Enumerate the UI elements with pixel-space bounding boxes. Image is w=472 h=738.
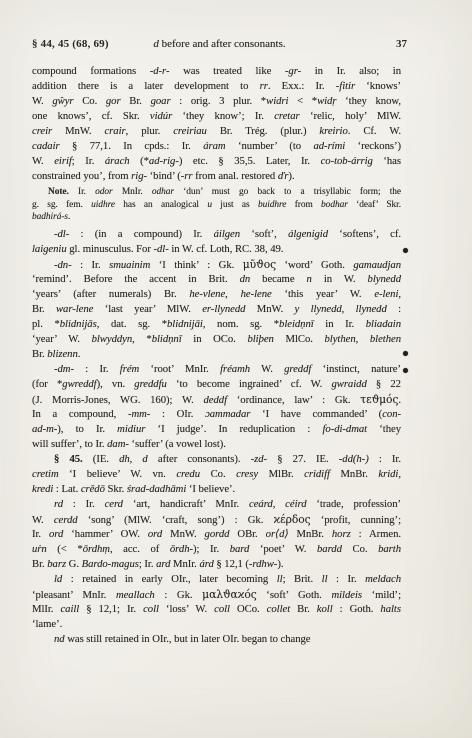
para-45: § 45. (IE. dh, d after consonants). -zd-… xyxy=(32,452,401,497)
text-run: G. xyxy=(66,558,82,570)
text-run: Skr. xyxy=(105,483,127,495)
text-run: after consonants). xyxy=(148,453,251,465)
text-run: : orig. 3 plur. * xyxy=(171,95,267,107)
text-run: śrad-dadhāmi xyxy=(127,483,186,495)
text-run: § 12,1; Ir. xyxy=(79,603,143,615)
text-run: Ir. xyxy=(69,187,95,197)
text-run: ‘deaf’ Skr. xyxy=(348,200,401,210)
text-run: Note. xyxy=(48,187,69,197)
text-line: § 45. (IE. dh, d after consonants). -zd-… xyxy=(32,452,401,467)
text-run: ; Ir. xyxy=(139,558,156,570)
text-run: ‘I have commanded’ ( xyxy=(250,408,382,420)
text-run: er-llynedd xyxy=(202,303,245,315)
text-run: goar xyxy=(151,95,171,107)
text-run: . xyxy=(398,394,401,406)
text-run: ard xyxy=(156,558,170,570)
text-run: from anal. restored xyxy=(193,170,278,182)
text-line: ‘pleasant’ MnIr. meallach : Gk. μαλϑαϰός… xyxy=(32,587,401,602)
text-run: odor xyxy=(95,187,113,197)
text-line: W. gŵyr Co. gor Br. goar : orig. 3 plur.… xyxy=(32,94,401,109)
text-run: MnBr. xyxy=(289,528,332,540)
text-line: ad-m-), to Ir. midiur ‘I judge’. In redu… xyxy=(32,422,401,437)
text-run: ‘year’ W. xyxy=(32,333,92,345)
text-run: , acc. of xyxy=(110,543,170,555)
text-line: one knows’, cf. Skr. vidúr ‘they know’; … xyxy=(32,109,401,124)
text-run: ; Ir. xyxy=(72,155,105,167)
text-line: Ir. ord ‘hammer’ OW. ord MnW. gordd OBr.… xyxy=(32,527,401,542)
text-run: blizenn xyxy=(47,348,78,360)
text-run: ; Brit. xyxy=(283,573,322,585)
text-run: W. xyxy=(32,514,54,526)
text-run: in OCo. xyxy=(182,333,248,345)
text-run: < * xyxy=(288,95,317,107)
text-run: -dl- xyxy=(54,228,69,240)
text-run: was still retained in OIr., but in later… xyxy=(65,633,311,645)
text-run: crēdō xyxy=(81,483,105,495)
text-run: addition there is a later development to xyxy=(32,80,260,92)
text-run: ‘knows’ xyxy=(355,80,401,92)
text-run: was treated like xyxy=(169,65,284,77)
text-run: OBr. xyxy=(229,528,265,540)
text-run: (IE. xyxy=(83,453,119,465)
text-line: g. sg. fem. uidhre has an analogical u j… xyxy=(32,199,401,212)
text-run: ld xyxy=(54,573,62,585)
text-run: : Gk. xyxy=(155,589,202,601)
text-run: in W. cf. Loth, RC. 38, 49. xyxy=(169,243,284,255)
text-run: MlIr. xyxy=(32,603,60,615)
text-run: Br. Trég. (plur.) xyxy=(207,125,320,137)
text-run: § 12,1 ( xyxy=(214,558,249,570)
text-run: ‘dun’ must go back to a trisyllabic form… xyxy=(174,187,401,197)
text-run: Br. xyxy=(290,603,317,615)
margin-dot xyxy=(403,248,408,253)
text-run: bliadain xyxy=(366,318,401,330)
text-run: MlBr. xyxy=(258,468,304,480)
text-run: ‘loss’ W. xyxy=(159,603,214,615)
text-run: in Ir. also; in xyxy=(301,65,401,77)
text-run: y llynedd, llynedd xyxy=(295,303,387,315)
text-line: Note. Ir. odor MnIr. odhar ‘dun’ must go… xyxy=(32,186,401,199)
text-run: ōrdhṃ xyxy=(83,543,110,555)
text-run: ord xyxy=(49,528,63,540)
text-run: fo-di-dmat xyxy=(322,423,367,435)
text-run: -dd(h-) xyxy=(339,453,369,465)
text-run: kridi xyxy=(378,468,398,480)
text-run: áilgen xyxy=(214,228,240,240)
text-run: bodhar xyxy=(321,200,348,210)
text-run: kredi xyxy=(32,483,53,495)
text-run: ‘ordinance, law’ : Gk. xyxy=(227,394,360,406)
text-run: : Ir. xyxy=(72,259,110,271)
text-run: ‘mild’; xyxy=(362,589,401,601)
text-run: álgenigid xyxy=(288,228,328,240)
text-line: W. cerdd ‘song’ (MlW. ‘craft, song’) : G… xyxy=(32,512,401,527)
text-run: -gr- xyxy=(285,65,301,77)
text-line: kredi : Lat. crēdō Skr. śrad-dadhāmi ‘I … xyxy=(32,482,401,497)
text-run: MnIr. xyxy=(113,187,152,197)
text-run: -mm- xyxy=(128,408,150,420)
text-run: , * xyxy=(132,333,152,345)
text-run: ‘art, handicraft’ MnIr. xyxy=(123,498,249,510)
text-run: cerdd xyxy=(54,514,78,526)
para-rd: rd : Ir. cerd ‘art, handicraft’ MnIr. ce… xyxy=(32,497,401,572)
text-run: credu xyxy=(176,468,200,480)
text-run: crair xyxy=(104,125,125,137)
text-run: μῦϑος xyxy=(243,258,276,271)
text-run: meallach xyxy=(116,589,155,601)
text-run: war-lene xyxy=(56,303,93,315)
margin-dot xyxy=(403,368,408,373)
text-run: ‘trade, profession’ xyxy=(307,498,402,510)
text-run: ) etc. § 35,5. Later, Ir. xyxy=(179,155,321,167)
text-run: coll xyxy=(143,603,159,615)
text-line: creir MnW. crair, plur. creiriau Br. Tré… xyxy=(32,124,401,139)
text-run: dn xyxy=(240,273,251,285)
text-run: ‘this year’ W. xyxy=(272,288,375,300)
text-run: W. xyxy=(32,155,54,167)
text-run: cretar xyxy=(274,110,299,122)
text-run: bliþen xyxy=(247,333,273,345)
text-run: In a compound, xyxy=(32,408,128,420)
text-run: gor xyxy=(106,95,121,107)
text-run: : (in a compound) Ir. xyxy=(69,228,213,240)
text-run: ‘bind’ ( xyxy=(147,170,181,182)
text-run: : Armen. xyxy=(351,528,401,540)
text-run: kreirio xyxy=(319,125,347,137)
para-nd: nd was still retained in OIr., but in la… xyxy=(32,632,401,647)
text-run: ‘pleasant’ MnIr. xyxy=(32,589,116,601)
text-run: ); Ir. xyxy=(193,543,230,555)
text-run: vidúr xyxy=(150,110,172,122)
text-run: áram xyxy=(203,140,225,152)
text-run: rig- xyxy=(131,170,147,182)
text-run: ‘I believe’. xyxy=(186,483,235,495)
text-run: : Lat. xyxy=(53,483,81,495)
text-line: compound formations -d-r- was treated li… xyxy=(32,64,401,79)
text-run: ‘number’ (to xyxy=(226,140,314,152)
text-line: pl. *blidnijās, dat. sg. *blidnijāi, nom… xyxy=(32,317,401,332)
text-run: (for * xyxy=(32,378,62,390)
text-run: creiriau xyxy=(173,125,207,137)
text-run: ‘soft’, xyxy=(240,228,288,240)
text-run: MnIr. xyxy=(170,558,199,570)
text-run: greddf xyxy=(284,363,311,375)
text-run: blynedd xyxy=(368,273,401,285)
text-run: (* xyxy=(130,155,149,167)
text-run: gwraidd xyxy=(331,378,366,390)
text-run: ‘hammer’ OW. xyxy=(63,528,148,540)
text-run: dh, d xyxy=(119,453,148,465)
text-line: ‘year’ W. blwyddyn, *blidṇnī in OCo. bli… xyxy=(32,332,401,347)
text-body: compound formations -d-r- was treated li… xyxy=(32,64,401,647)
text-run: ‘instinct, nature’ xyxy=(311,363,401,375)
text-run: cadair xyxy=(32,140,60,152)
text-run: ‘they know’; Ir. xyxy=(172,110,274,122)
text-line: will suffer’, to Ir. dam- ‘suffer’ (a vo… xyxy=(32,437,401,452)
text-line: ld : retained in early OIr., later becom… xyxy=(32,572,401,587)
text-run: caill xyxy=(60,603,79,615)
text-run: cridiff xyxy=(304,468,330,480)
text-run: : Ir. xyxy=(369,453,401,465)
text-run: cerd xyxy=(105,498,123,510)
para-dr-compound: compound formations -d-r- was treated li… xyxy=(32,64,401,184)
text-run: constrained you’, from xyxy=(32,170,131,182)
text-run: -fitir xyxy=(336,80,355,92)
text-run: gordd xyxy=(205,528,230,540)
text-run: coll xyxy=(214,603,230,615)
text-run: pl. * xyxy=(32,318,60,330)
text-run: cretim xyxy=(32,468,59,480)
text-run: -d-r- xyxy=(150,65,170,77)
text-run: smuainim xyxy=(109,259,150,271)
text-run: horz xyxy=(332,528,351,540)
text-run: ad-rig- xyxy=(149,155,179,167)
text-run: Ir. xyxy=(32,528,49,540)
text-run: ‘to become ingrained’ cf. W. xyxy=(167,378,332,390)
text-run: uidhre xyxy=(91,200,115,210)
text-line: Br. blizenn. xyxy=(32,347,401,362)
text-run: g. sg. fem. xyxy=(32,200,91,210)
text-line: cadair § 77,1. In cpds.: Ir. áram ‘numbe… xyxy=(32,139,401,154)
text-run: bleidṇnī xyxy=(279,318,314,330)
text-line: laigeniu gl. minusculus. For -dl- in W. … xyxy=(32,242,401,257)
text-run: rd xyxy=(54,498,63,510)
text-run: greddfu xyxy=(134,378,167,390)
text-run: or⟨d⟩ xyxy=(266,528,289,540)
text-run: : retained in early OIr., later becoming xyxy=(62,573,277,585)
text-run: , plur. xyxy=(126,125,174,137)
text-run: Co. xyxy=(200,468,236,480)
scanned-book-page: § 44, 45 (68, 69) d before and after con… xyxy=(0,0,472,738)
text-run: meldach xyxy=(365,573,401,585)
text-run: ord xyxy=(148,528,162,540)
text-run: ‘I judge’. In reduplication : xyxy=(145,423,322,435)
text-run: -zd- xyxy=(251,453,267,465)
text-run: blidnijāi xyxy=(167,318,203,330)
text-run: . xyxy=(68,212,70,222)
text-run: ), to Ir. xyxy=(57,423,117,435)
text-run: MnW. xyxy=(52,125,104,137)
text-run: -dn- xyxy=(54,259,72,271)
text-run: OCo. xyxy=(230,603,267,615)
text-line: MlIr. caill § 12,1; Ir. coll ‘loss’ W. c… xyxy=(32,602,401,617)
text-run: laigeniu xyxy=(32,243,67,255)
text-run: ōrdh- xyxy=(170,543,193,555)
text-run: ‘reckons’) xyxy=(345,140,401,152)
text-line: cretim ‘I believe’ W. vn. credu Co. cres… xyxy=(32,467,401,482)
text-run: : xyxy=(387,303,401,315)
text-run: ‘song’ (MlW. ‘craft, song’) : Gk. xyxy=(78,514,274,526)
text-run: bard xyxy=(230,543,250,555)
text-run: ). xyxy=(277,558,283,570)
text-run: ‘has xyxy=(373,155,401,167)
text-run: . Exx.: Ir. xyxy=(268,80,336,92)
para-dn: -dn- : Ir. smuainim ‘I think’ : Gk. μῦϑο… xyxy=(32,257,401,362)
text-run: blidnijās xyxy=(60,318,97,330)
text-run: koll xyxy=(317,603,333,615)
text-line: In a compound, -mm- : OIr. ɔammadar ‘I h… xyxy=(32,407,401,422)
text-run: ‘root’ MnIr. xyxy=(139,363,220,375)
text-run: Br. xyxy=(32,558,47,570)
text-run: nd xyxy=(54,633,65,645)
text-run: . xyxy=(78,348,81,360)
text-run: he-lene xyxy=(241,288,272,300)
text-run: Bardo-magus xyxy=(82,558,139,570)
text-run: dam- xyxy=(107,438,129,450)
text-run: widri xyxy=(266,95,288,107)
text-run: -dl- xyxy=(153,243,168,255)
text-run: (< * xyxy=(47,543,83,555)
text-run: MnW. xyxy=(245,303,294,315)
text-run: : Ir. xyxy=(328,573,366,585)
text-run: cresy xyxy=(236,468,258,480)
text-run: ‘lame’. xyxy=(32,618,62,630)
text-run: μαλϑαϰός xyxy=(202,588,256,601)
text-run: (J. Morris-Jones, WG. 160); W. xyxy=(32,394,204,406)
text-line: ‘remind’. Before the accent in Brit. dn … xyxy=(32,272,401,287)
text-run: W. xyxy=(32,95,52,107)
text-run: ad-rími xyxy=(313,140,345,152)
text-run: , nom. sg. * xyxy=(203,318,279,330)
text-run: he-vlene xyxy=(189,288,225,300)
text-run: -rdhw- xyxy=(249,558,277,570)
text-line: uṙn (< *ōrdhṃ, acc. of ōrdh-); Ir. bard … xyxy=(32,542,401,557)
text-run: in W. xyxy=(312,273,368,285)
text-run: Br. xyxy=(32,303,56,315)
page-number: 37 xyxy=(396,37,407,52)
text-run: eirif xyxy=(54,155,72,167)
text-run: con- xyxy=(382,408,401,420)
text-run: blwyddyn xyxy=(92,333,133,345)
text-run: -dm- xyxy=(54,363,74,375)
text-run: árach xyxy=(105,155,130,167)
margin-dot xyxy=(403,351,408,356)
text-run: in Ir. xyxy=(314,318,366,330)
text-run: § 27. IE. xyxy=(267,453,339,465)
text-run: frém xyxy=(120,363,139,375)
text-run: gwreddf xyxy=(62,378,96,390)
text-line: badhirá-s. xyxy=(32,211,401,224)
text-run: ‘word’ Goth. xyxy=(276,259,353,271)
text-line: nd was still retained in OIr., but in la… xyxy=(32,632,401,647)
text-line: -dn- : Ir. smuainim ‘I think’ : Gk. μῦϑο… xyxy=(32,257,401,272)
text-run: midiur xyxy=(117,423,145,435)
text-run: ‘they know, xyxy=(336,95,401,107)
text-run: blythen, blethen xyxy=(325,333,401,345)
text-run: odhar xyxy=(152,187,174,197)
text-run: § 45. xyxy=(54,453,83,465)
text-run: fréamh xyxy=(220,363,250,375)
text-run: ). xyxy=(288,170,294,182)
text-run: halts xyxy=(380,603,401,615)
text-run: e-leni xyxy=(374,288,398,300)
text-run: : Ir. xyxy=(63,498,105,510)
para-ld: ld : retained in early OIr., later becom… xyxy=(32,572,401,632)
page-title: d before and after consonants. xyxy=(32,37,407,52)
text-line: ‘lame’. xyxy=(32,617,401,632)
text-run: mildeis xyxy=(331,589,362,601)
text-run: : Goth. xyxy=(333,603,381,615)
text-run: ϰέρδος xyxy=(274,513,311,526)
text-run: ad-m- xyxy=(32,423,57,435)
text-run: MlCo. xyxy=(274,333,325,345)
text-run: , xyxy=(225,288,240,300)
text-run: Co. xyxy=(342,543,378,555)
text-run: gl. minusculus. For xyxy=(67,243,154,255)
text-run: : Ir. xyxy=(74,363,120,375)
text-run: ‘I believe’ W. vn. xyxy=(59,468,177,480)
text-run: ‘profit, cunning’; xyxy=(311,514,401,526)
para-dl: -dl- : (in a compound) Ir. áilgen ‘soft’… xyxy=(32,227,401,257)
text-run: -rr xyxy=(181,170,193,182)
text-line: W. eirif; Ir. árach (*ad-rig-) etc. § 35… xyxy=(32,154,401,169)
text-run: deddf xyxy=(204,394,228,406)
text-run: ‘remind’. Before the accent in Brit. xyxy=(32,273,240,285)
text-run: ‘last year’ MlW. xyxy=(93,303,202,315)
text-run: became xyxy=(250,273,306,285)
text-run: , dat. sg. * xyxy=(97,318,167,330)
text-run: ‘relic, holy’ MlW. xyxy=(300,110,401,122)
text-run: § 77,1. In cpds.: Ir. xyxy=(60,140,204,152)
text-run: blidṇnī xyxy=(152,333,182,345)
text-run: Co. xyxy=(74,95,106,107)
text-run: ‘soft’ Goth. xyxy=(257,589,332,601)
text-run: compound formations xyxy=(32,65,150,77)
text-run: from xyxy=(286,200,321,210)
text-line: rd : Ir. cerd ‘art, handicraft’ MnIr. ce… xyxy=(32,497,401,512)
text-run: collet xyxy=(267,603,290,615)
text-run: badhirá-s xyxy=(32,212,68,222)
text-run: barth xyxy=(378,543,401,555)
text-run: ‘years’ (after numerals) Br. xyxy=(32,288,189,300)
text-line: (for *gwreddf), vn. greddfu ‘to become i… xyxy=(32,377,401,392)
text-line: (J. Morris-Jones, WG. 160); W. deddf ‘or… xyxy=(32,392,401,407)
text-run: rr xyxy=(260,80,268,92)
text-line: -dm- : Ir. frém ‘root’ MnIr. fréamh W. g… xyxy=(32,362,401,377)
text-run: MnW. xyxy=(162,528,204,540)
running-head: § 44, 45 (68, 69) d before and after con… xyxy=(32,37,407,52)
text-run: ‘poet’ W. xyxy=(249,543,317,555)
text-run: gamaudjan xyxy=(353,259,401,271)
text-run: one knows’, cf. Skr. xyxy=(32,110,150,122)
text-run: , xyxy=(398,288,401,300)
text-run: widṛ xyxy=(317,95,336,107)
text-run: MnBr. xyxy=(330,468,378,480)
text-line: Br. war-lene ‘last year’ MlW. er-llynedd… xyxy=(32,302,401,317)
text-run: ďr xyxy=(278,170,289,182)
text-run: creir xyxy=(32,125,52,137)
text-run: gŵyr xyxy=(52,95,73,107)
text-line: Br. barz G. Bardo-magus; Ir. ard MnIr. á… xyxy=(32,557,401,572)
text-run: ‘softens’, cf. xyxy=(328,228,401,240)
text-run: τεϑμός xyxy=(360,393,398,406)
text-run: buidhre xyxy=(258,200,286,210)
text-line: ‘years’ (after numerals) Br. he-vlene, h… xyxy=(32,287,401,302)
text-run: Br. xyxy=(121,95,151,107)
text-run: ‘I think’ : Gk. xyxy=(150,259,242,271)
text-line: -dl- : (in a compound) Ir. áilgen ‘soft’… xyxy=(32,227,401,242)
text-line: constrained you’, from rig- ‘bind’ (-rr … xyxy=(32,169,401,184)
text-run: , xyxy=(398,468,401,480)
text-run: § 22 xyxy=(367,378,401,390)
para-dm: -dm- : Ir. frém ‘root’ MnIr. fréamh W. g… xyxy=(32,362,401,452)
note-odor: Note. Ir. odor MnIr. odhar ‘dun’ must go… xyxy=(32,186,401,224)
text-run: Br. xyxy=(32,348,47,360)
text-run: bardd xyxy=(317,543,342,555)
text-run: will suffer’, to Ir. xyxy=(32,438,107,450)
text-run: ɔammadar xyxy=(205,408,250,420)
text-run: ceárd, céird xyxy=(249,498,306,510)
